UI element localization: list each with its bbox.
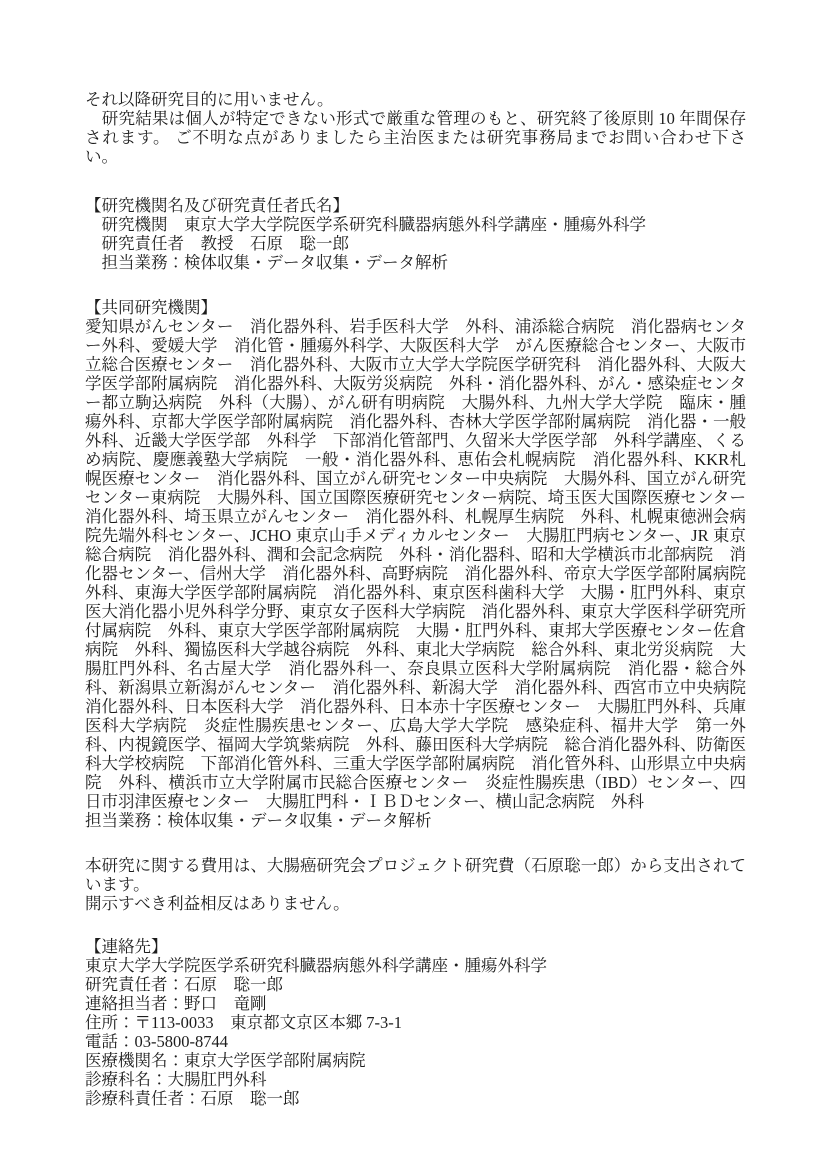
contact-hospital-line: 医療機関名：東京大学医学部附属病院 bbox=[85, 1051, 746, 1070]
institution-duties-line: 担当業務：検体収集・データ収集・データ解析 bbox=[85, 253, 746, 272]
contact-pi-line: 研究責任者：石原 聡一郎 bbox=[85, 975, 746, 994]
intro-paragraph: 研究結果は個人が特定できない形式で厳重な管理のもと、研究終了後原則 10 年間保… bbox=[85, 109, 746, 166]
contact-clinical-dept-line: 診療科名：大腸肛門外科 bbox=[85, 1070, 746, 1089]
section-heading-contact: 【連絡先】 bbox=[85, 937, 746, 956]
principal-investigator-line: 研究責任者 教授 石原 聡一郎 bbox=[85, 234, 746, 253]
contact-dept-head-line: 診療科責任者：石原 聡一郎 bbox=[85, 1089, 746, 1108]
section-heading-institution: 【研究機関名及び研究責任者氏名】 bbox=[85, 196, 746, 215]
contact-person-line: 連絡担当者：野口 竜剛 bbox=[85, 994, 746, 1013]
institution-name-line: 研究機関 東京大学大学院医学系研究科臓器病態外科学講座・腫瘍外科学 bbox=[85, 215, 746, 234]
document-page: それ以降研究目的に用いません。 研究結果は個人が特定できない形式で厳重な管理のも… bbox=[0, 0, 826, 1169]
intro-continuation-line: それ以降研究目的に用いません。 bbox=[85, 90, 746, 109]
section-heading-collaborators: 【共同研究機関】 bbox=[85, 298, 746, 317]
conflict-of-interest-line: 開示すべき利益相反はありません。 bbox=[85, 894, 746, 913]
contact-address-line: 住所：〒113-0033 東京都文京区本郷 7-3-1 bbox=[85, 1013, 746, 1032]
funding-statement: 本研究に関する費用は、大腸癌研究会プロジェクト研究費（石原聡一郎）から支出されて… bbox=[85, 856, 746, 894]
collaborators-list: 愛知県がんセンター 消化器外科、岩手医科大学 外科、浦添総合病院 消化器病センタ… bbox=[85, 317, 746, 811]
contact-phone-line: 電話：03-5800-8744 bbox=[85, 1032, 746, 1051]
collaborators-duties-line: 担当業務：検体収集・データ収集・データ解析 bbox=[85, 811, 746, 830]
contact-department-line: 東京大学大学院医学系研究科臓器病態外科学講座・腫瘍外科学 bbox=[85, 956, 746, 975]
